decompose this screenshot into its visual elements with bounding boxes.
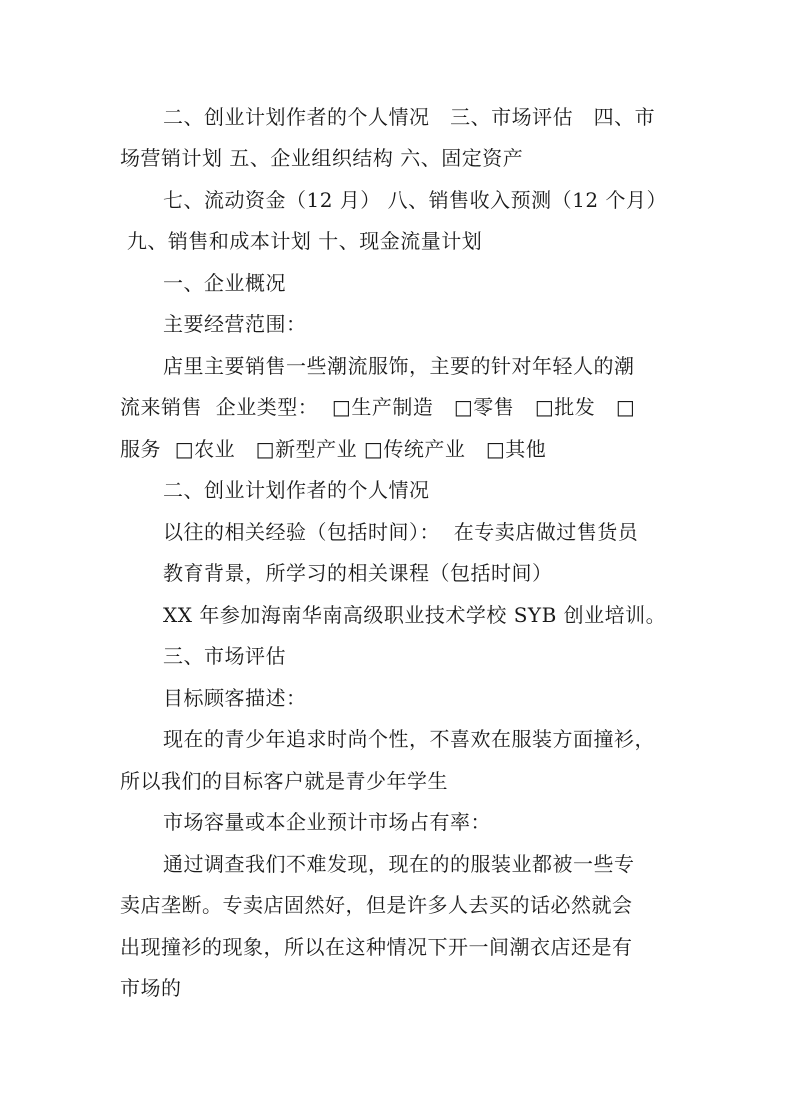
enterprise-type-line-2: 服务 □农业 □新型产业 □传统产业 □其他 bbox=[120, 435, 546, 463]
market-share-text-3: 出现撞衫的现象，所以在这种情况下开一间潮衣店还是有 bbox=[120, 933, 633, 961]
market-share-text-2: 卖店垄断。专卖店固然好，但是许多人去买的话必然就会 bbox=[120, 891, 633, 919]
section-heading-overview: 一、企业概况 bbox=[163, 269, 286, 297]
market-share-label: 市场容量或本企业预计市场占有率： bbox=[163, 808, 491, 836]
market-share-text-4: 市场的 bbox=[120, 974, 182, 1002]
document-page: 二、创业计划作者的个人情况 三、市场评估 四、市 场营销计划 五、企业组织结构 … bbox=[0, 0, 792, 1120]
section-heading-market: 三、市场评估 bbox=[163, 642, 286, 670]
education-text: XX 年参加海南华南高级职业技术学校 SYB 创业培训。 bbox=[163, 601, 666, 629]
toc-line-4: 九、销售和成本计划 十、现金流量计划 bbox=[120, 227, 482, 255]
experience-line: 以往的相关经验（包括时间）： 在专卖店做过售货员 bbox=[163, 518, 638, 546]
market-share-text-1: 通过调查我们不难发现，现在的的服装业都被一些专 bbox=[163, 850, 635, 878]
toc-line-2: 场营销计划 五、企业组织结构 六、固定资产 bbox=[120, 144, 523, 172]
section-heading-author: 二、创业计划作者的个人情况 bbox=[163, 476, 430, 504]
target-customer-label: 目标顾客描述： bbox=[163, 684, 307, 712]
toc-line-1: 二、创业计划作者的个人情况 三、市场评估 四、市 bbox=[163, 103, 655, 131]
toc-line-3: 七、流动资金（12 月） 八、销售收入预测（12 个月） bbox=[163, 186, 667, 214]
enterprise-type-line-1: 流来销售 企业类型： □生产制造 □零售 □批发 □ bbox=[120, 393, 635, 421]
business-scope-text: 店里主要销售一些潮流服饰，主要的针对年轻人的潮 bbox=[163, 352, 635, 380]
business-scope-label: 主要经营范围： bbox=[163, 310, 307, 338]
education-label: 教育背景，所学习的相关课程（包括时间） bbox=[163, 559, 553, 587]
target-customer-text-1: 现在的青少年追求时尚个性，不喜欢在服装方面撞衫， bbox=[163, 725, 655, 753]
target-customer-text-2: 所以我们的目标客户就是青少年学生 bbox=[120, 767, 448, 795]
